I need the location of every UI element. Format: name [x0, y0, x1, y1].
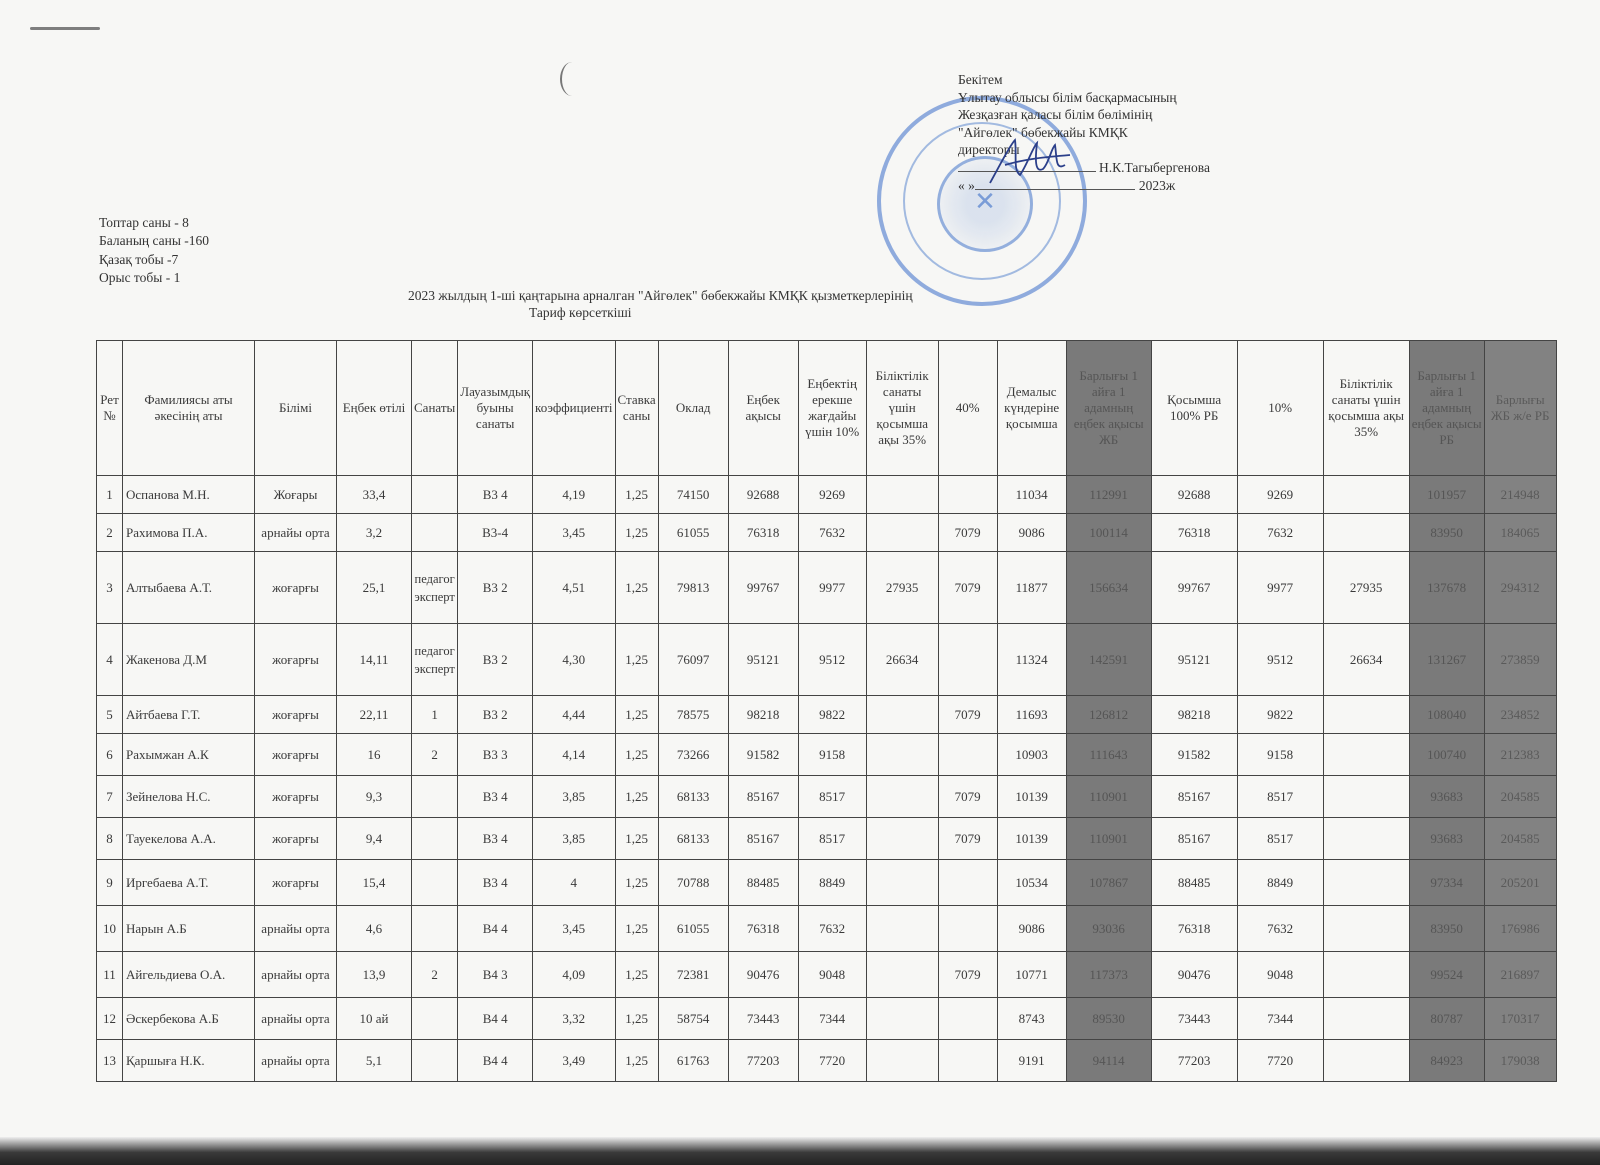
- table-cell: 100114: [1066, 514, 1151, 552]
- table-cell: арнайы орта: [255, 1040, 337, 1082]
- table-cell: 26634: [1323, 624, 1409, 696]
- column-header: Еңбек ақысы: [728, 341, 798, 476]
- scan-bottom-edge: [0, 1137, 1600, 1165]
- column-header: коэффициенті: [533, 341, 615, 476]
- table-cell: 58754: [658, 998, 728, 1040]
- table-cell: В3 4: [458, 818, 533, 860]
- table-cell: 9191: [997, 1040, 1066, 1082]
- approval-line: Ұлытау облысы білім басқармасының: [958, 89, 1210, 107]
- column-header: Еңбек өтілі: [337, 341, 412, 476]
- table-cell: 85167: [1151, 776, 1237, 818]
- employee-name-cell: Жакенова Д.М: [123, 624, 255, 696]
- table-cell: 77203: [1151, 1040, 1237, 1082]
- table-cell: 5: [97, 696, 123, 734]
- table-cell: 111643: [1066, 734, 1151, 776]
- table-cell: 4: [97, 624, 123, 696]
- table-cell: 68133: [658, 818, 728, 860]
- table-cell: [866, 514, 938, 552]
- table-cell: В3 2: [458, 696, 533, 734]
- table-cell: В3 4: [458, 776, 533, 818]
- table-cell: [938, 624, 997, 696]
- table-cell: [412, 776, 458, 818]
- table-cell: 7344: [1237, 998, 1323, 1040]
- table-cell: 8: [97, 818, 123, 860]
- table-cell: 10139: [997, 776, 1066, 818]
- table-cell: 68133: [658, 776, 728, 818]
- table-cell: 9,4: [337, 818, 412, 860]
- table-cell: 80787: [1409, 998, 1484, 1040]
- employee-name-cell: Қаршыға Н.К.: [123, 1040, 255, 1082]
- employee-name-cell: Айтбаева Г.Т.: [123, 696, 255, 734]
- table-cell: 216897: [1484, 952, 1556, 998]
- table-cell: 88485: [1151, 860, 1237, 906]
- table-cell: 1,25: [615, 1040, 658, 1082]
- table-cell: [938, 906, 997, 952]
- table-cell: 99524: [1409, 952, 1484, 998]
- employee-name-cell: Оспанова М.Н.: [123, 476, 255, 514]
- table-cell: 84923: [1409, 1040, 1484, 1082]
- approval-line: Бекітем: [958, 71, 1210, 89]
- table-cell: [938, 998, 997, 1040]
- table-cell: 9: [97, 860, 123, 906]
- table-cell: 9158: [1237, 734, 1323, 776]
- table-cell: 110901: [1066, 776, 1151, 818]
- table-cell: [1323, 696, 1409, 734]
- table-cell: 10 ай: [337, 998, 412, 1040]
- table-cell: [412, 906, 458, 952]
- table-cell: 14,11: [337, 624, 412, 696]
- table-cell: 79813: [658, 552, 728, 624]
- table-cell: [938, 860, 997, 906]
- table-cell: 1,25: [615, 776, 658, 818]
- table-cell: 4,44: [533, 696, 615, 734]
- table-cell: 90476: [1151, 952, 1237, 998]
- table-cell: 204585: [1484, 818, 1556, 860]
- table-cell: Жоғары: [255, 476, 337, 514]
- table-cell: 8849: [1237, 860, 1323, 906]
- scan-artifact-mark: [30, 27, 100, 30]
- table-cell: 85167: [728, 818, 798, 860]
- table-cell: В3 2: [458, 624, 533, 696]
- table-cell: 204585: [1484, 776, 1556, 818]
- table-cell: 99767: [728, 552, 798, 624]
- table-cell: 83950: [1409, 514, 1484, 552]
- table-cell: 4,6: [337, 906, 412, 952]
- table-cell: 11034: [997, 476, 1066, 514]
- table-cell: 27935: [866, 552, 938, 624]
- table-cell: 142591: [1066, 624, 1151, 696]
- table-cell: [866, 818, 938, 860]
- table-cell: жоғарғы: [255, 818, 337, 860]
- table-cell: 93683: [1409, 776, 1484, 818]
- table-cell: 61055: [658, 514, 728, 552]
- table-cell: 76097: [658, 624, 728, 696]
- table-cell: 15,4: [337, 860, 412, 906]
- table-row: 8Тауекелова А.А.жоғарғы9,4В3 43,851,2568…: [97, 818, 1557, 860]
- stat-groups: Топтар саны - 8: [99, 214, 209, 232]
- table-cell: 7632: [798, 906, 866, 952]
- table-cell: 4,09: [533, 952, 615, 998]
- table-cell: 9977: [798, 552, 866, 624]
- table-cell: В4 4: [458, 1040, 533, 1082]
- table-cell: 3,32: [533, 998, 615, 1040]
- table-cell: 8849: [798, 860, 866, 906]
- column-header: Барлығы 1 айға 1 адамның еңбек ақысы ЖБ: [1066, 341, 1151, 476]
- table-cell: 9048: [798, 952, 866, 998]
- table-row: 9Иргебаева А.Т.жоғарғы15,4В3 441,2570788…: [97, 860, 1557, 906]
- table-cell: педагог эксперт: [412, 624, 458, 696]
- table-cell: 61055: [658, 906, 728, 952]
- table-cell: 11693: [997, 696, 1066, 734]
- table-cell: 85167: [1151, 818, 1237, 860]
- table-cell: [412, 1040, 458, 1082]
- column-header: Рет №: [97, 341, 123, 476]
- table-cell: 73443: [1151, 998, 1237, 1040]
- table-cell: 1,25: [615, 860, 658, 906]
- table-cell: 3,2: [337, 514, 412, 552]
- table-cell: В4 4: [458, 906, 533, 952]
- table-cell: [1323, 1040, 1409, 1082]
- table-cell: 1,25: [615, 514, 658, 552]
- table-cell: 7: [97, 776, 123, 818]
- table-cell: В4 4: [458, 998, 533, 1040]
- table-cell: 7079: [938, 696, 997, 734]
- table-cell: жоғарғы: [255, 776, 337, 818]
- table-cell: жоғарғы: [255, 696, 337, 734]
- table-cell: 10903: [997, 734, 1066, 776]
- column-header: Лауазымдық буыны санаты: [458, 341, 533, 476]
- column-header: 40%: [938, 341, 997, 476]
- table-cell: 97334: [1409, 860, 1484, 906]
- table-cell: 8517: [1237, 818, 1323, 860]
- table-cell: 7079: [938, 776, 997, 818]
- table-cell: В3 3: [458, 734, 533, 776]
- table-cell: [1323, 514, 1409, 552]
- table-cell: 112991: [1066, 476, 1151, 514]
- table-cell: 4,19: [533, 476, 615, 514]
- table-cell: 117373: [1066, 952, 1151, 998]
- table-cell: 7079: [938, 552, 997, 624]
- table-cell: жоғарғы: [255, 624, 337, 696]
- table-cell: 3,45: [533, 514, 615, 552]
- table-cell: [412, 476, 458, 514]
- table-cell: 2: [97, 514, 123, 552]
- table-cell: 212383: [1484, 734, 1556, 776]
- table-cell: 9269: [798, 476, 866, 514]
- stat-kazakh-groups: Қазақ тобы -7: [99, 251, 209, 269]
- table-cell: [866, 476, 938, 514]
- column-header: Біліктілік санаты үшін қосымша ақы 35%: [866, 341, 938, 476]
- table-cell: 7632: [1237, 906, 1323, 952]
- table-cell: 7079: [938, 514, 997, 552]
- approval-line: Жезқазған қаласы білім бөлімінің: [958, 106, 1210, 124]
- table-cell: 1,25: [615, 818, 658, 860]
- employee-name-cell: Әскербекова А.Б: [123, 998, 255, 1040]
- employee-name-cell: Тауекелова А.А.: [123, 818, 255, 860]
- table-cell: 94114: [1066, 1040, 1151, 1082]
- table-cell: 101957: [1409, 476, 1484, 514]
- table-row: 3Алтыбаева А.Т.жоғарғы25,1педагог экспер…: [97, 552, 1557, 624]
- column-header: Оклад: [658, 341, 728, 476]
- table-cell: арнайы орта: [255, 514, 337, 552]
- table-row: 7Зейнелова Н.С.жоғарғы9,3В3 43,851,25681…: [97, 776, 1557, 818]
- table-cell: 3: [97, 552, 123, 624]
- table-cell: 10771: [997, 952, 1066, 998]
- table-cell: 91582: [1151, 734, 1237, 776]
- table-cell: 90476: [728, 952, 798, 998]
- column-header: Барлығы 1 айға 1 адамның еңбек ақысы РБ: [1409, 341, 1484, 476]
- table-cell: [412, 818, 458, 860]
- column-header: Барлығы ЖБ ж/е РБ: [1484, 341, 1556, 476]
- table-cell: 107867: [1066, 860, 1151, 906]
- table-cell: [866, 734, 938, 776]
- employee-name-cell: Айгельдиева О.А.: [123, 952, 255, 998]
- employee-name-cell: Рахимова П.А.: [123, 514, 255, 552]
- table-cell: 10534: [997, 860, 1066, 906]
- table-cell: 4,51: [533, 552, 615, 624]
- table-cell: 9512: [798, 624, 866, 696]
- table-cell: 70788: [658, 860, 728, 906]
- table-cell: 76318: [728, 906, 798, 952]
- table-cell: 4,14: [533, 734, 615, 776]
- table-cell: 88485: [728, 860, 798, 906]
- column-header: Ставка саны: [615, 341, 658, 476]
- column-header: Еңбектің ерекше жағдайы үшін 10%: [798, 341, 866, 476]
- table-row: 1Оспанова М.Н.Жоғары33,4В3 44,191,257415…: [97, 476, 1557, 514]
- employee-name-cell: Рахымжан А.К: [123, 734, 255, 776]
- employee-name-cell: Зейнелова Н.С.: [123, 776, 255, 818]
- table-cell: [866, 998, 938, 1040]
- table-cell: [938, 1040, 997, 1082]
- table-row: 10Нарын А.Барнайы орта4,6В4 43,451,25610…: [97, 906, 1557, 952]
- header-row: Рет №Фамилиясы аты әкесінің атыБіліміЕңб…: [97, 341, 1557, 476]
- table-cell: 8743: [997, 998, 1066, 1040]
- table-cell: 4: [533, 860, 615, 906]
- table-cell: 92688: [728, 476, 798, 514]
- table-cell: 27935: [1323, 552, 1409, 624]
- table-cell: 95121: [1151, 624, 1237, 696]
- table-cell: 9048: [1237, 952, 1323, 998]
- table-cell: 1,25: [615, 624, 658, 696]
- table-cell: [412, 998, 458, 1040]
- table-cell: 7079: [938, 818, 997, 860]
- table-cell: 1,25: [615, 476, 658, 514]
- table-cell: 156634: [1066, 552, 1151, 624]
- table-cell: 83950: [1409, 906, 1484, 952]
- column-header: Санаты: [412, 341, 458, 476]
- table-cell: 8517: [1237, 776, 1323, 818]
- table-cell: [1323, 776, 1409, 818]
- table-cell: [938, 734, 997, 776]
- table-cell: 176986: [1484, 906, 1556, 952]
- table-cell: 7632: [1237, 514, 1323, 552]
- table-cell: 12: [97, 998, 123, 1040]
- table-cell: 10139: [997, 818, 1066, 860]
- table-cell: [866, 1040, 938, 1082]
- column-header: Білімі: [255, 341, 337, 476]
- document-title: 2023 жылдың 1-ші қаңтарына арналган "Айг…: [408, 287, 913, 321]
- table-cell: В3 4: [458, 860, 533, 906]
- table-cell: 9086: [997, 906, 1066, 952]
- table-cell: 76318: [728, 514, 798, 552]
- table-cell: 137678: [1409, 552, 1484, 624]
- table-cell: 98218: [1151, 696, 1237, 734]
- table-cell: 7720: [1237, 1040, 1323, 1082]
- group-stats: Топтар саны - 8 Баланың саны -160 Қазақ …: [99, 214, 209, 287]
- table-cell: 1,25: [615, 552, 658, 624]
- table-body: 1Оспанова М.Н.Жоғары33,4В3 44,191,257415…: [97, 476, 1557, 1082]
- tariff-table: Рет №Фамилиясы аты әкесінің атыБіліміЕңб…: [96, 340, 1557, 1082]
- table-cell: [412, 860, 458, 906]
- table-cell: 1: [97, 476, 123, 514]
- stat-children: Баланың саны -160: [99, 232, 209, 250]
- table-cell: 9086: [997, 514, 1066, 552]
- table-cell: 26634: [866, 624, 938, 696]
- table-cell: [1323, 476, 1409, 514]
- table-cell: 5,1: [337, 1040, 412, 1082]
- table-cell: 273859: [1484, 624, 1556, 696]
- table-cell: 10: [97, 906, 123, 952]
- table-cell: 11877: [997, 552, 1066, 624]
- table-cell: 85167: [728, 776, 798, 818]
- table-cell: [866, 776, 938, 818]
- table-cell: 73266: [658, 734, 728, 776]
- table-row: 13Қаршыға Н.К.арнайы орта5,1В4 43,491,25…: [97, 1040, 1557, 1082]
- table-cell: 76318: [1151, 906, 1237, 952]
- table-cell: [938, 476, 997, 514]
- table-cell: В3 2: [458, 552, 533, 624]
- table-cell: [866, 696, 938, 734]
- table-cell: 92688: [1151, 476, 1237, 514]
- signer-name: Н.К.Тагыбергенова: [1099, 159, 1210, 177]
- table-cell: арнайы орта: [255, 906, 337, 952]
- table-cell: 9977: [1237, 552, 1323, 624]
- table-cell: [1323, 818, 1409, 860]
- table-cell: 110901: [1066, 818, 1151, 860]
- table-cell: 294312: [1484, 552, 1556, 624]
- table-cell: педагог эксперт: [412, 552, 458, 624]
- table-cell: 8517: [798, 818, 866, 860]
- table-cell: 61763: [658, 1040, 728, 1082]
- table-cell: 22,11: [337, 696, 412, 734]
- table-cell: жоғарғы: [255, 734, 337, 776]
- table-cell: 1,25: [615, 906, 658, 952]
- table-cell: 1,25: [615, 696, 658, 734]
- column-header: Фамилиясы аты әкесінің аты: [123, 341, 255, 476]
- table-cell: [866, 860, 938, 906]
- table-cell: 72381: [658, 952, 728, 998]
- table-cell: 16: [337, 734, 412, 776]
- scan-artifact-bracket: [560, 62, 584, 96]
- table-cell: [866, 906, 938, 952]
- table-cell: арнайы орта: [255, 998, 337, 1040]
- table-cell: В3 4: [458, 476, 533, 514]
- table-row: 11Айгельдиева О.А.арнайы орта13,92В4 34,…: [97, 952, 1557, 998]
- table-cell: 108040: [1409, 696, 1484, 734]
- table-cell: арнайы орта: [255, 952, 337, 998]
- table-row: 4Жакенова Д.Мжоғарғы14,11педагог эксперт…: [97, 624, 1557, 696]
- table-cell: [1323, 998, 1409, 1040]
- table-cell: 13,9: [337, 952, 412, 998]
- table-row: 6Рахымжан А.Кжоғарғы162В3 34,141,2573266…: [97, 734, 1557, 776]
- table-cell: 9269: [1237, 476, 1323, 514]
- title-line-1: 2023 жылдың 1-ші қаңтарына арналган "Айг…: [408, 287, 913, 304]
- table-cell: 214948: [1484, 476, 1556, 514]
- table-cell: 131267: [1409, 624, 1484, 696]
- table-cell: 205201: [1484, 860, 1556, 906]
- table-cell: [412, 514, 458, 552]
- table-cell: 9822: [798, 696, 866, 734]
- table-cell: 95121: [728, 624, 798, 696]
- table-cell: 89530: [1066, 998, 1151, 1040]
- table-cell: 170317: [1484, 998, 1556, 1040]
- table-cell: жоғарғы: [255, 860, 337, 906]
- table-cell: 91582: [728, 734, 798, 776]
- table-cell: 25,1: [337, 552, 412, 624]
- table-cell: 126812: [1066, 696, 1151, 734]
- table-cell: 11: [97, 952, 123, 998]
- table-cell: 7632: [798, 514, 866, 552]
- table-cell: 2: [412, 734, 458, 776]
- table-cell: [1323, 952, 1409, 998]
- table-cell: 3,45: [533, 906, 615, 952]
- table-cell: В3-4: [458, 514, 533, 552]
- table-cell: 179038: [1484, 1040, 1556, 1082]
- column-header: Қосымша 100% РБ: [1151, 341, 1237, 476]
- table-cell: 33,4: [337, 476, 412, 514]
- table-cell: 73443: [728, 998, 798, 1040]
- table-cell: 234852: [1484, 696, 1556, 734]
- table-cell: 78575: [658, 696, 728, 734]
- table-cell: 99767: [1151, 552, 1237, 624]
- table-cell: 3,85: [533, 818, 615, 860]
- table-cell: 8517: [798, 776, 866, 818]
- table-cell: 93036: [1066, 906, 1151, 952]
- table-row: 12Әскербекова А.Барнайы орта10 айВ4 43,3…: [97, 998, 1557, 1040]
- column-header: Біліктілік санаты үшін қосымша ақы 35%: [1323, 341, 1409, 476]
- table-cell: [1323, 860, 1409, 906]
- table-cell: 11324: [997, 624, 1066, 696]
- table-cell: 9512: [1237, 624, 1323, 696]
- employee-name-cell: Нарын А.Б: [123, 906, 255, 952]
- table-cell: 100740: [1409, 734, 1484, 776]
- table-cell: [1323, 906, 1409, 952]
- table-cell: 3,49: [533, 1040, 615, 1082]
- table-cell: [1323, 734, 1409, 776]
- table-cell: 3,85: [533, 776, 615, 818]
- table-cell: 1,25: [615, 952, 658, 998]
- table-cell: В4 3: [458, 952, 533, 998]
- title-line-2: Тариф көрсеткіші: [408, 304, 913, 321]
- date-quote: « »: [958, 177, 975, 195]
- table-cell: 13: [97, 1040, 123, 1082]
- table-cell: 1,25: [615, 734, 658, 776]
- signature-icon: [985, 135, 1075, 190]
- table-row: 2Рахимова П.А.арнайы орта3,2В3-43,451,25…: [97, 514, 1557, 552]
- employee-name-cell: Иргебаева А.Т.: [123, 860, 255, 906]
- table-cell: 9822: [1237, 696, 1323, 734]
- table-cell: [866, 952, 938, 998]
- table-cell: 1: [412, 696, 458, 734]
- employee-name-cell: Алтыбаева А.Т.: [123, 552, 255, 624]
- table-cell: 76318: [1151, 514, 1237, 552]
- table-cell: 1,25: [615, 998, 658, 1040]
- table-cell: 77203: [728, 1040, 798, 1082]
- table-cell: 98218: [728, 696, 798, 734]
- table-cell: 7720: [798, 1040, 866, 1082]
- column-header: Демалыс күндеріне қосымша: [997, 341, 1066, 476]
- stat-russian-groups: Орыс тобы - 1: [99, 269, 209, 287]
